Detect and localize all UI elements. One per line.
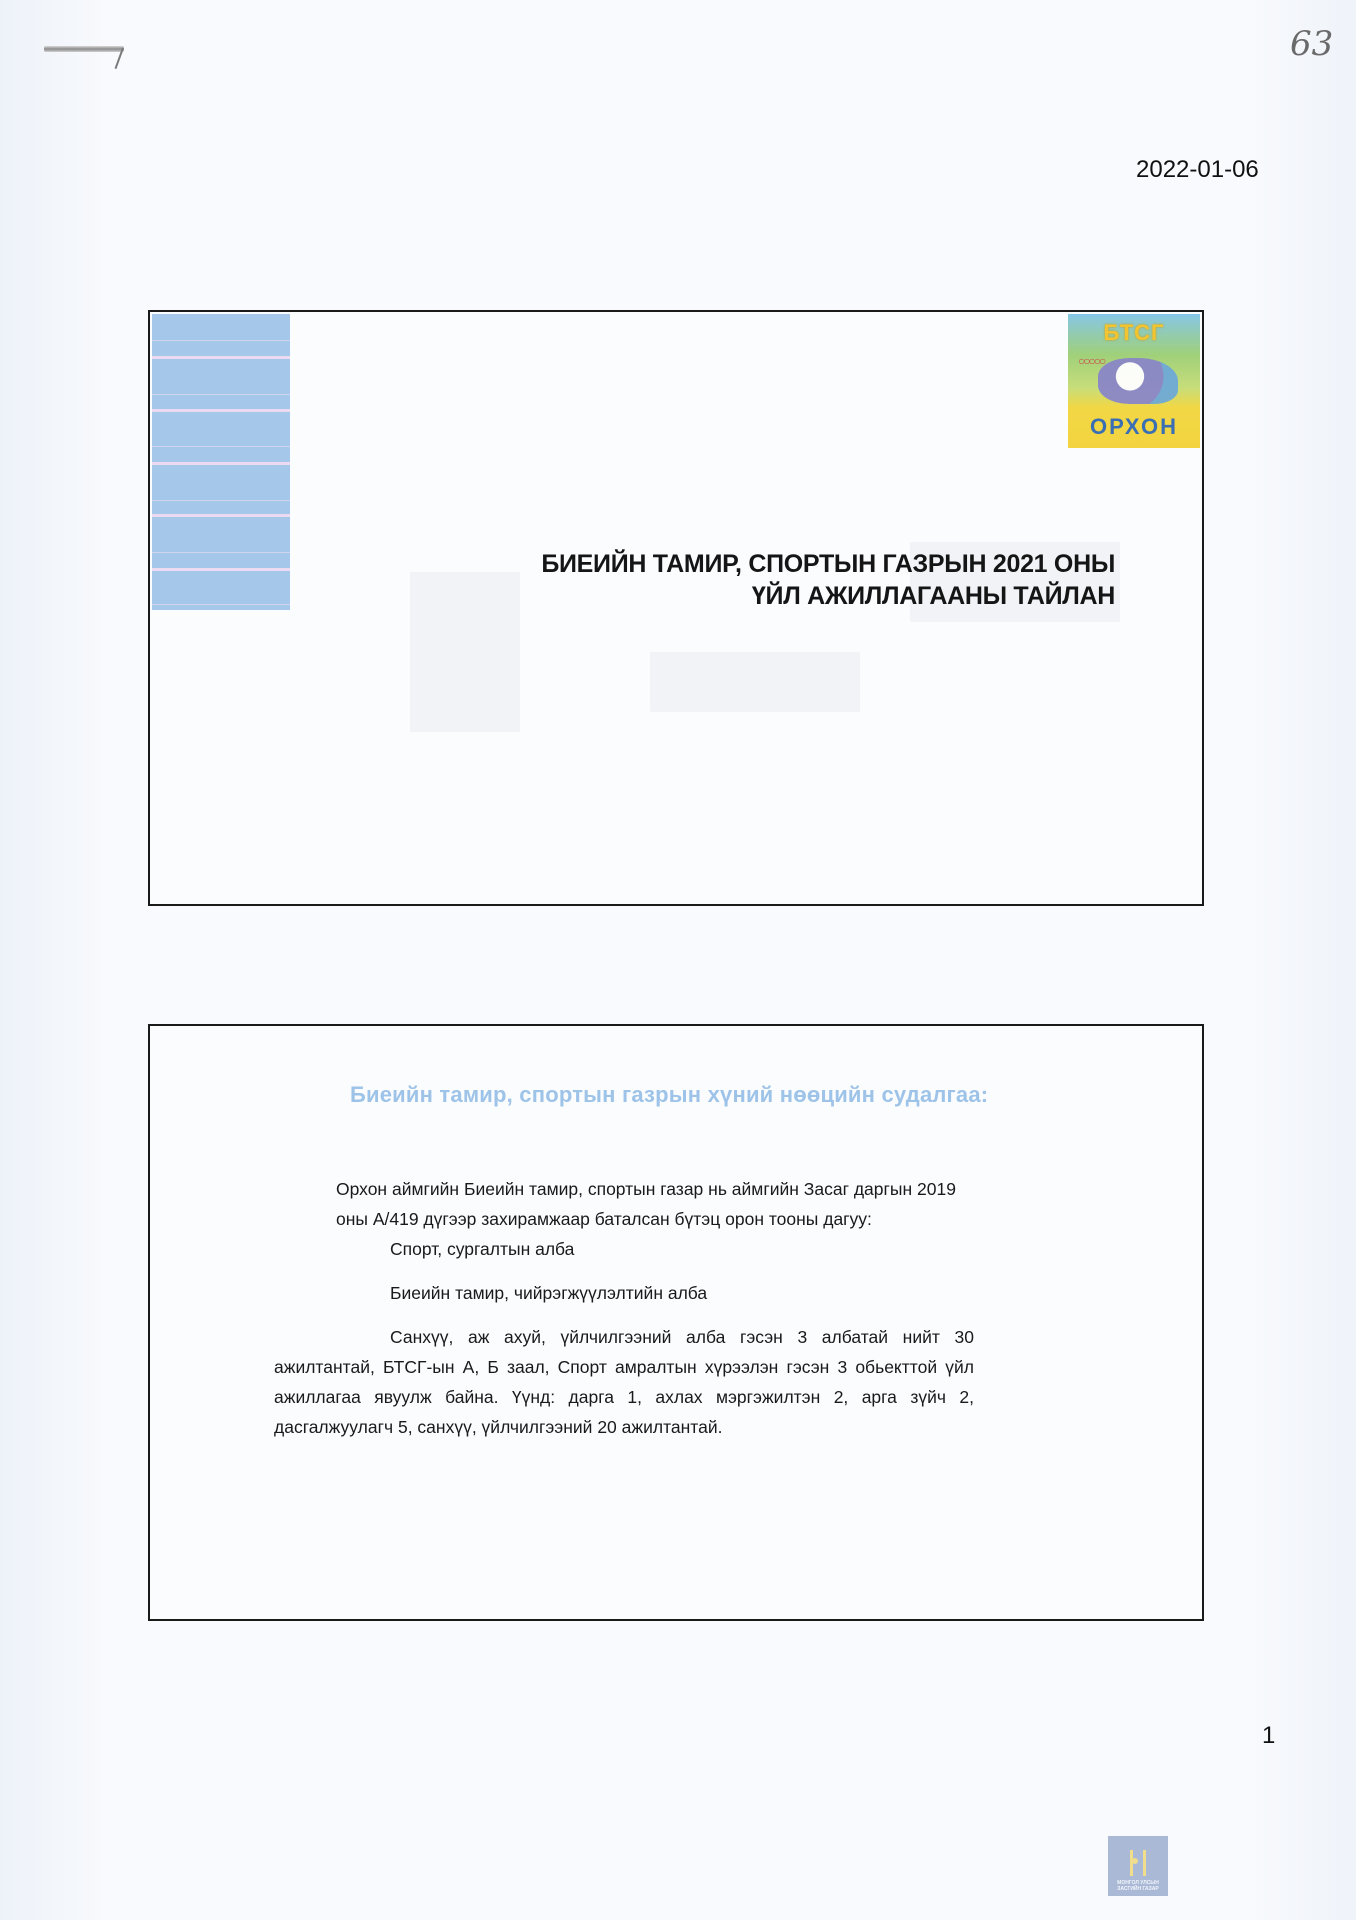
btsg-orkhon-logo: БТСГ ○○○○○ ОРХОН	[1068, 314, 1200, 448]
logo-bottom-text: ОРХОН	[1068, 414, 1200, 440]
print-date: 2022-01-06	[1136, 156, 1259, 184]
unit-item: Спорт, сургалтын алба	[274, 1234, 974, 1264]
page-number: 1	[1262, 1722, 1275, 1750]
intro-paragraph: Орхон аймгийн Биеийн тамир, спортын газа…	[274, 1174, 974, 1234]
olympic-rings-icon: ○○○○○	[1078, 354, 1104, 368]
bleed-through-artifact	[650, 652, 860, 712]
handwritten-page-number: 63	[1290, 24, 1333, 64]
report-title-line-2: ҮЙЛ АЖИЛЛАГААНЫ ТАЙЛАН	[541, 580, 1115, 612]
slide-body: Орхон аймгийн Биеийн тамир, спортын газа…	[274, 1174, 974, 1442]
decorative-stripe-panel	[152, 314, 290, 610]
report-title: БИЕИЙН ТАМИР, СПОРТЫН ГАЗРЫН 2021 ОНЫ ҮЙ…	[541, 548, 1115, 612]
soyombo-icon	[1130, 1850, 1146, 1876]
slide-1: БТСГ ○○○○○ ОРХОН БИЕИЙН ТАМИР, СПОРТЫН Г…	[148, 310, 1204, 906]
staple	[44, 46, 124, 52]
bleed-through-artifact	[410, 572, 520, 732]
slide-2: Биеийн тамир, спортын газрын хүний нөөци…	[148, 1024, 1204, 1621]
scanned-page-background	[0, 0, 1356, 1920]
government-logo-text-2: ЗАСГИЙН ГАЗАР	[1117, 1886, 1158, 1892]
unit-item: Биеийн тамир, чийрэгжүүлэлтийн алба	[274, 1278, 974, 1308]
report-title-line-1: БИЕИЙН ТАМИР, СПОРТЫН ГАЗРЫН 2021 ОНЫ	[541, 548, 1115, 580]
government-logo: МОНГОЛ УЛСЫН ЗАСГИЙН ГАЗАР	[1108, 1836, 1168, 1896]
slide-heading: Биеийн тамир, спортын газрын хүний нөөци…	[350, 1082, 988, 1108]
logo-top-text: БТСГ	[1068, 320, 1200, 346]
mascot-icon	[1098, 358, 1178, 404]
detail-paragraph: Санхүү, аж ахуй, үйлчилгээний алба гэсэн…	[274, 1322, 974, 1442]
